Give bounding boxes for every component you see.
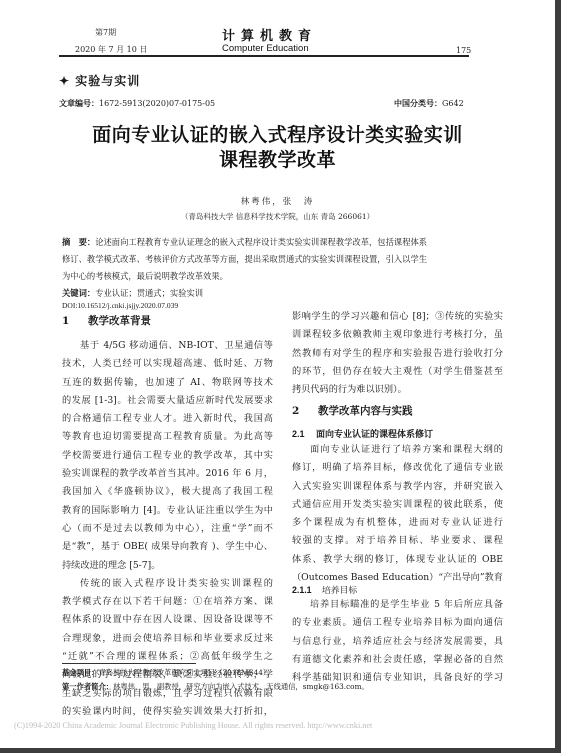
body-line: 体系、教学大纲的修订，体现专业认证的 OBE	[292, 551, 503, 569]
clc-value: G642	[442, 99, 464, 108]
section-1-heading: 1教学改革背景	[62, 313, 151, 328]
body-line: 的专业素质。通信工程专业培养目标为面向通信	[292, 614, 503, 632]
author-note-text: 林粤伟，男，副教授，研究方向为嵌入式技术、无线通信，smgk@163.com。	[113, 682, 369, 691]
fund-text: 青岛科技大学教学改革研究面上项目（2018MS44）。	[98, 668, 273, 677]
section-number: 1	[62, 315, 88, 327]
body-line: 有道德文化素养和社会责任感，掌握必备的自然	[292, 651, 503, 669]
body-line: 互连的数据传输，也加速了 AI、物联网等技术	[62, 374, 273, 392]
paper-title-line-2: 课程教学改革	[0, 145, 555, 172]
body-line: 教学模式存在以下若干问题：①在培养方案、课	[62, 593, 273, 611]
affiliation: （青岛科技大学 信息科学技术学院，山东 青岛 266061）	[0, 211, 555, 222]
body-line: 拷贝代码的行为难以识别）。	[292, 381, 503, 399]
body-line: 的环节，但仍存在较大主观性（对学生借鉴甚至	[292, 363, 503, 381]
author-note-label: 第一作者简介：	[62, 682, 113, 691]
clc-number: 中国分类号：G642	[394, 98, 464, 109]
body-line: 的发展 [1-3]。社会需要大量适应新时代发展要求	[62, 392, 273, 410]
section-title: 教学改革背景	[88, 315, 151, 327]
body-line: 学校需要进行通信工程专业的教学改革，其中实	[62, 447, 273, 465]
body-line: 影响学生的学习兴趣和信心 [8]；③传统的实验实	[292, 308, 503, 326]
body-line: 持续改进的理念 [5-7]。	[62, 557, 273, 575]
header-rule	[59, 55, 469, 57]
body-line: 训课程较多依赖教师主观印象进行考核打分，虽	[292, 326, 503, 344]
body-line: 验实训课程的教学改革首当其冲。2016 年 6 月，	[62, 465, 273, 483]
abstract-line: 论述面向工程教育专业认证理念的嵌入式程序设计类实验实训课程教学改革，包括课程体系	[95, 237, 427, 247]
footnote-rule	[62, 663, 196, 664]
body-line: 心（而不是过去以教师为中心），注重“学”而不	[62, 520, 273, 538]
author-note: 第一作者简介：林粤伟，男，副教授，研究方向为嵌入式技术、无线通信，smgk@16…	[62, 682, 369, 692]
body-line: 的实验课内时间，使得实验实训效果大打折扣，	[62, 703, 273, 721]
abstract-line: 修订、教学模式改革、考核评价方式改革等方面，提出采取贯通式的实验实训课程设置，引…	[62, 251, 502, 268]
issue-number: 第7期	[95, 27, 116, 38]
right-column-2-1: 面向专业认证进行了培养方案和课程大纲的 修订，明确了培养目标，修改优化了通信专业…	[292, 441, 503, 587]
body-line: 程体系的设置中存在因人设课、因设备设课等不	[62, 611, 273, 629]
journal-title-en: Computer Education	[222, 43, 309, 54]
article-number-value: 1672-5913(2020)07-0175-05	[99, 99, 215, 108]
fund-note: 基金项目：青岛科技大学教学改革研究面上项目（2018MS44）。	[62, 668, 274, 678]
body-line: 教育的国际影响力 [4]。专业认证注重以学生为中	[62, 502, 273, 520]
journal-title-cn: 计算机教育	[222, 25, 317, 44]
subsection-title: 面向专业认证的课程体系修订	[316, 430, 433, 440]
right-column-continuation: 影响学生的学习兴趣和信心 [8]；③传统的实验实 训课程较多依赖教师主观印象进行…	[292, 308, 503, 399]
body-line: 等教育也迫切需要提高工程教育质量。为此高等	[62, 428, 273, 446]
subsection-title: 培养目标	[322, 586, 357, 596]
paper-page: 第7期 2020 年 7 月 10 日 计算机教育 Computer Educa…	[0, 0, 555, 748]
copyright-watermark: (C)1994-2020 China Academic Journal Elec…	[14, 721, 372, 730]
keywords: 关键词：专业认证；贯通式；实验实训	[62, 287, 203, 299]
subsection-2-1-1-heading: 2.1.1培养目标	[292, 583, 357, 596]
keywords-text: 专业认证；贯通式；实验实训	[95, 288, 203, 298]
abstract-label: 摘 要：	[62, 237, 95, 247]
fund-label: 基金项目：	[62, 668, 98, 677]
doi: DOI:10.16512/j.cnki.jsjjy.2020.07.039	[62, 301, 178, 310]
subsection-2-1-heading: 2.1面向专业认证的课程体系修订	[292, 427, 433, 440]
body-line: 技术，人类已经可以实现超高速、低时延、万物	[62, 355, 273, 373]
body-line: 面向专业认证进行了培养方案和课程大纲的	[292, 441, 503, 459]
body-line: 多个课程成为有机整体，进而对专业认证进行	[292, 514, 503, 532]
column-label: ✦ 实验与实训	[59, 72, 140, 89]
article-number: 文章编号：1672-5913(2020)07-0175-05	[59, 98, 215, 109]
body-line: 合理现象，进而会使培养目标和毕业要求反过来	[62, 630, 273, 648]
body-line: 修订，明确了培养目标，修改优化了通信专业嵌	[292, 459, 503, 477]
issue-date: 2020 年 7 月 10 日	[75, 44, 147, 55]
abstract: 摘 要：论述面向工程教育专业认证理念的嵌入式程序设计类实验实训课程教学改革，包括…	[62, 234, 502, 285]
subsection-number: 2.1.1	[292, 585, 322, 595]
page-number: 175	[456, 46, 471, 55]
body-line: 的合格通信工程专业人才。进入新时代，我国高	[62, 410, 273, 428]
abstract-line: 为中心的考核模式，最后说明教学改革效果。	[62, 268, 502, 285]
body-line: 基于 4/5G 移动通信、NB-IOT、卫星通信等	[62, 337, 273, 355]
section-number: 2	[292, 405, 318, 417]
body-line: 是“教”，基于 OBE( 成果导向教育 )、学生中心、	[62, 538, 273, 556]
section-title: 教学改革内容与实践	[318, 405, 413, 417]
body-line: 我国加入《华盛顿协议》，极大提高了我国工程	[62, 483, 273, 501]
authors: 林粤伟，张 涛	[0, 195, 555, 207]
body-line: 较强的支撑。对于培养目标、毕业要求、课程	[292, 532, 503, 550]
body-line: 然教师有对学生的程序和实验报告进行验收打分	[292, 345, 503, 363]
subsection-number: 2.1	[292, 429, 316, 439]
body-line: 与信息行业，培养适应社会与经济发展需要，具	[292, 633, 503, 651]
body-line: 培养目标瞄准的是学生毕业 5 年后所应具备	[292, 596, 503, 614]
body-line: 式通信应用开发类实验实训课程的彼此联系，使	[292, 496, 503, 514]
right-column-2-1-1: 培养目标瞄准的是学生毕业 5 年后所应具备 的专业素质。通信工程专业培养目标为面…	[292, 596, 503, 687]
body-line: 入式实验实训课程体系与教学内容，并研究嵌入	[292, 478, 503, 496]
paper-title-line-1: 面向专业认证的嵌入式程序设计类实验实训	[0, 120, 555, 147]
body-line: 传统的嵌入式程序设计类实验实训课程的	[62, 575, 273, 593]
keywords-label: 关键词：	[62, 288, 95, 298]
clc-label: 中国分类号：	[394, 99, 442, 108]
section-2-heading: 2教学改革内容与实践	[292, 403, 413, 418]
article-number-label: 文章编号：	[59, 99, 99, 108]
